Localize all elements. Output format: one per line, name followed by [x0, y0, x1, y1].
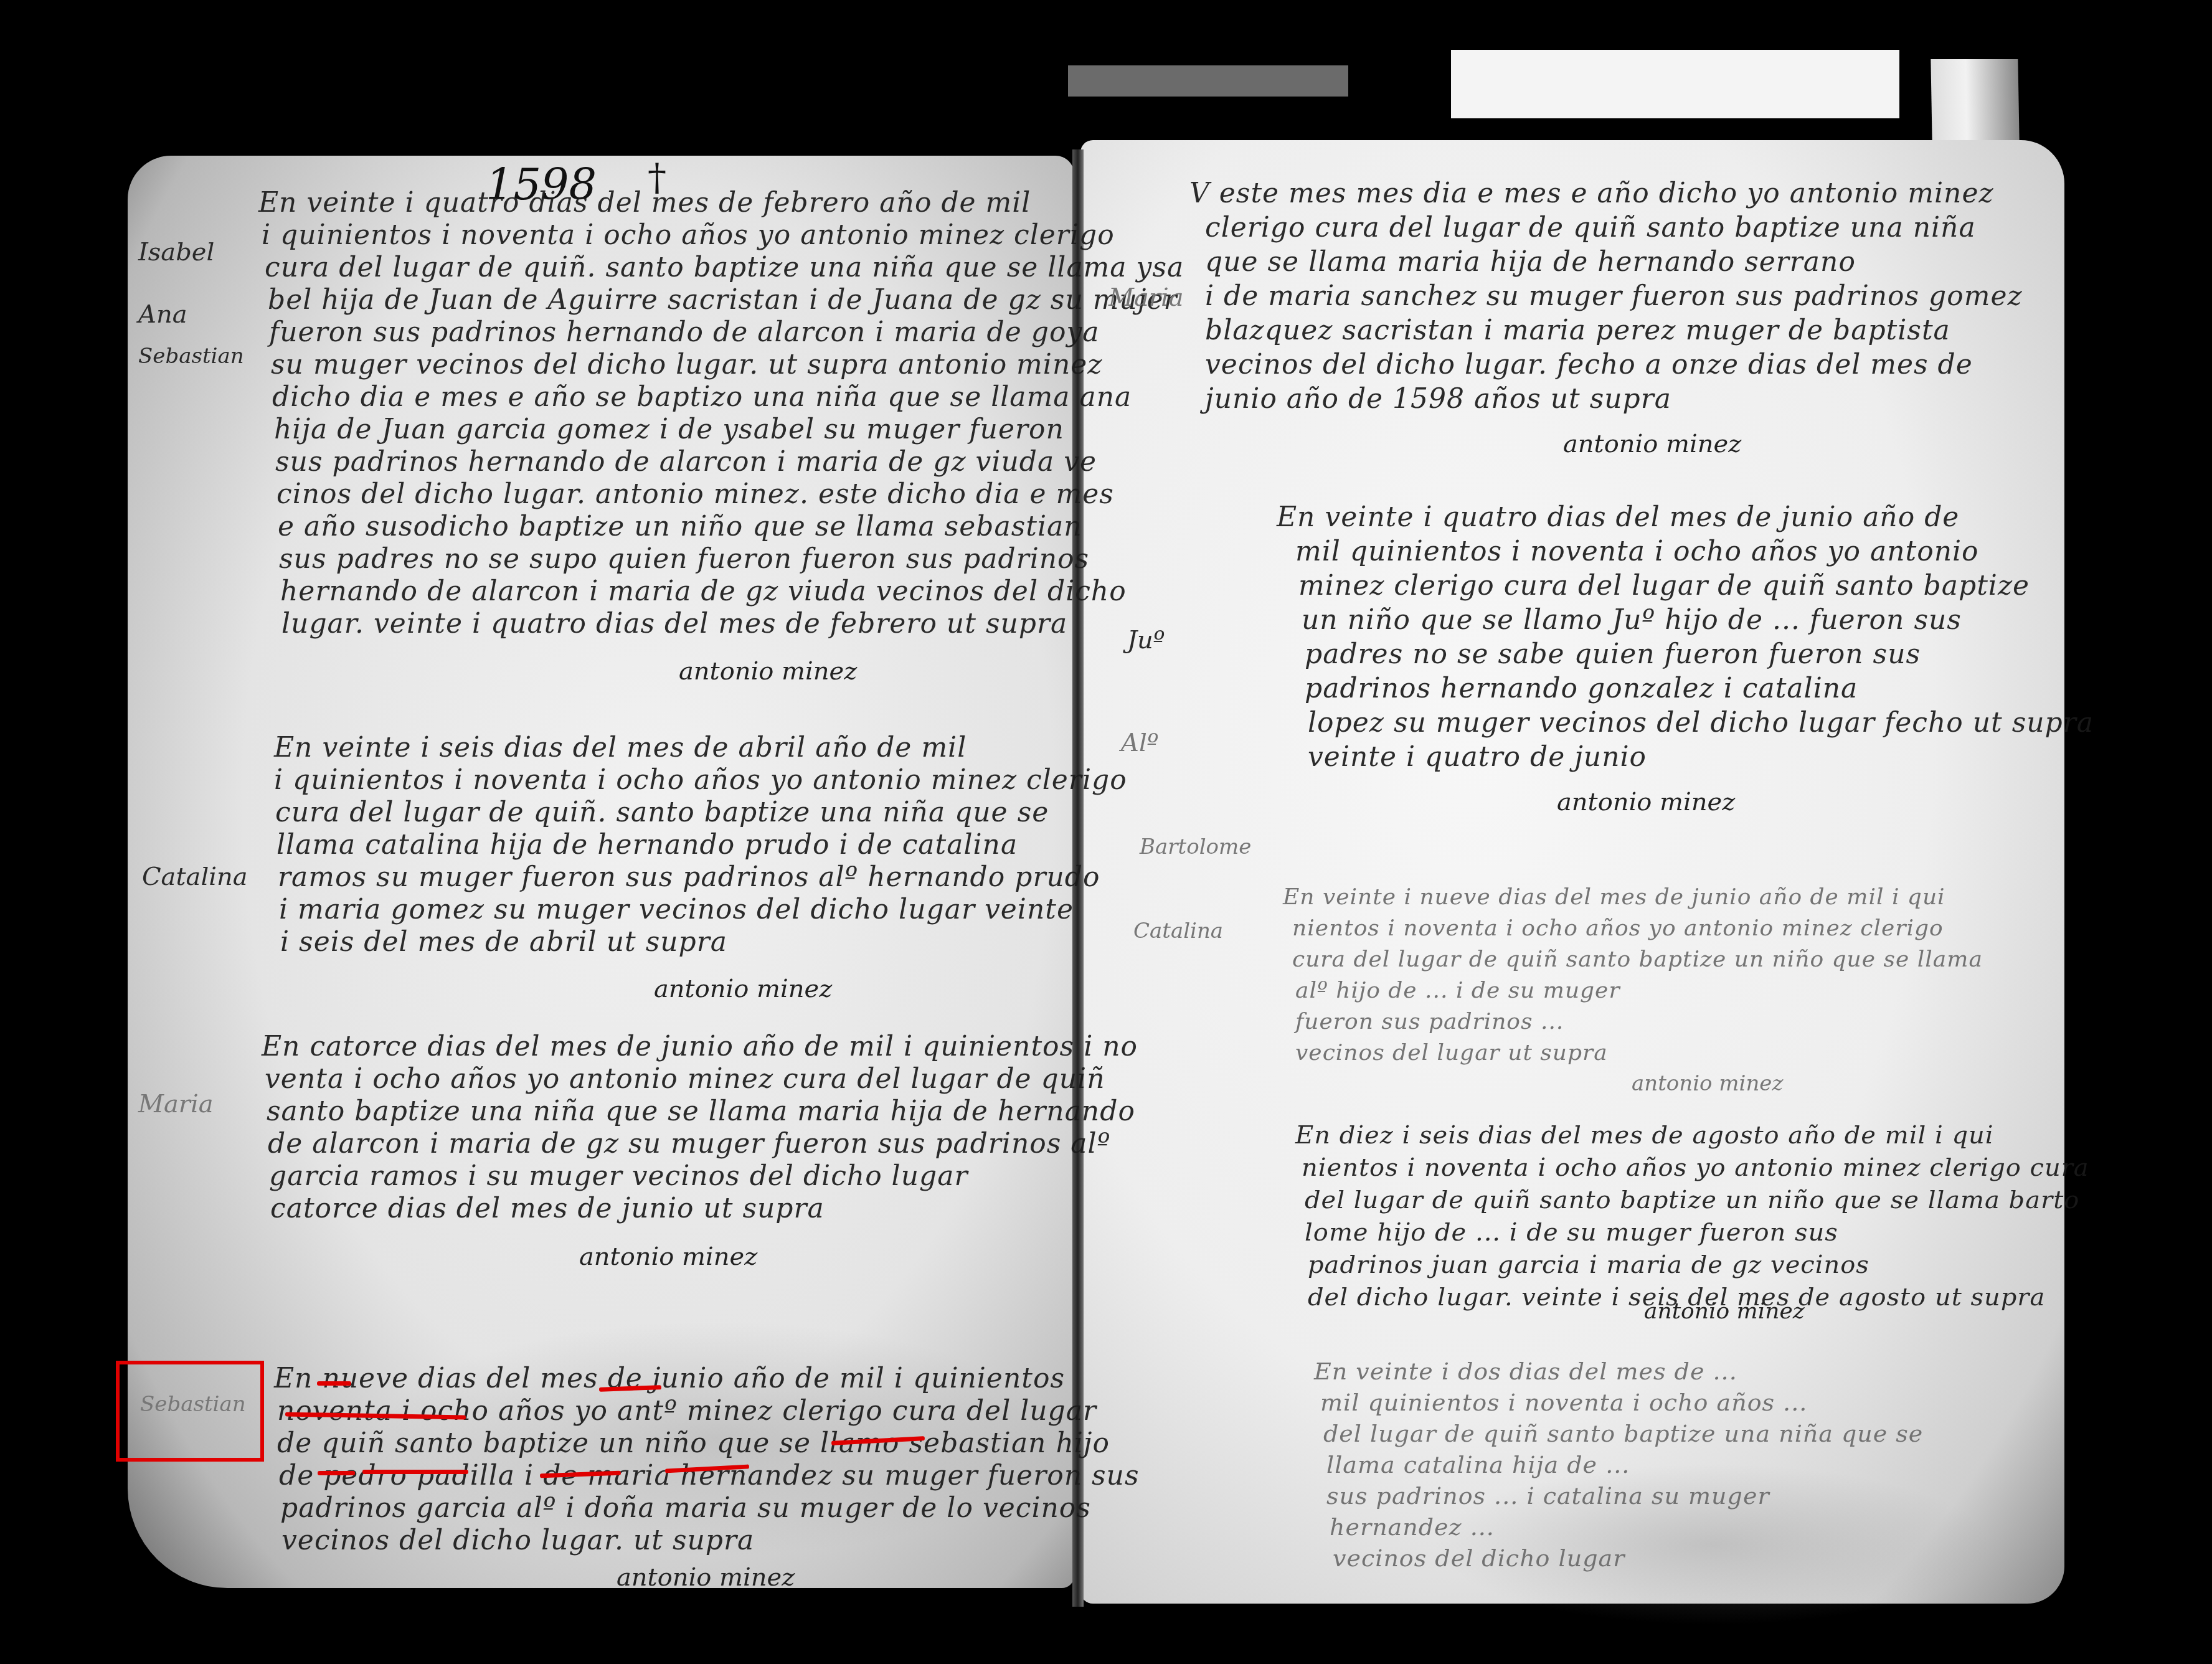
entry-line: e año susodicho baptize un niño que se l…: [278, 511, 1082, 542]
entry-line: del lugar de quiñ santo baptize una niña…: [1323, 1420, 1923, 1447]
entry-line: En veinte i quatro dias del mes de febre…: [258, 187, 1031, 219]
entry-line: mil quinientos i noventa i ocho años ...: [1320, 1389, 1807, 1416]
entry-line: bel hija de Juan de Aguirre sacristan i …: [268, 284, 1178, 316]
entry-line: mil quinientos i noventa i ocho años yo …: [1295, 536, 1979, 567]
entry-line: clerigo cura del lugar de quiñ santo bap…: [1205, 212, 1976, 243]
entry-line: catorce dias del mes de junio ut supra: [270, 1193, 825, 1224]
entry-line: vecinos del dicho lugar: [1333, 1544, 1625, 1572]
entry-line: i de maria sanchez su muger fueron sus p…: [1205, 280, 2023, 312]
entry-line: cinos del dicho lugar. antonio minez. es…: [276, 478, 1114, 510]
signature: antonio minez: [654, 975, 832, 1003]
margin-name: Alº: [1121, 729, 1159, 757]
margin-name: Maria: [138, 1090, 214, 1118]
entry-line: fueron sus padrinos hernando de alarcon …: [269, 316, 1100, 348]
entry-line: su muger vecinos del dicho lugar. ut sup…: [271, 349, 1102, 381]
entry-line: junio año de 1598 años ut supra: [1205, 383, 1671, 415]
entry-line: En nueve dias del mes de junio año de mi…: [274, 1363, 1065, 1394]
book-cover-edge: [1068, 65, 1348, 97]
entry-line: del lugar de quiñ santo baptize un niño …: [1305, 1186, 2079, 1214]
signature: antonio minez: [1557, 788, 1735, 816]
margin-name: Catalina: [1133, 919, 1223, 943]
entry-line: lugar. veinte i quatro dias del mes de f…: [281, 608, 1067, 640]
entry-line: minez clerigo cura del lugar de quiñ san…: [1298, 570, 2030, 602]
entry-line: sus padres no se supo quien fueron fuero…: [279, 543, 1089, 575]
entry-line: vecinos del dicho lugar. ut supra: [281, 1525, 754, 1556]
highlight-underline: [362, 1470, 468, 1474]
highlight-underline: [318, 1471, 355, 1475]
signature: antonio minez: [617, 1563, 795, 1592]
entry-line: que se llama maria hija de hernando serr…: [1205, 246, 1856, 278]
entry-line: fueron sus padrinos ...: [1295, 1009, 1564, 1034]
entry-line: llama catalina hija de hernando prudo i …: [276, 829, 1018, 861]
entry-line: i quinientos i noventa i ocho años yo an…: [262, 219, 1115, 251]
entry-line: dicho dia e mes e año se baptizo una niñ…: [272, 381, 1132, 413]
signature: antonio minez: [679, 657, 857, 686]
signature: antonio minez: [1632, 1071, 1783, 1096]
entry-line: llama catalina hija de ...: [1326, 1451, 1630, 1478]
entry-line: garcia ramos i su muger vecinos del dich…: [269, 1160, 968, 1192]
highlight-box: [116, 1361, 264, 1462]
entry-line: padrinos garcia alº i doña maria su muge…: [280, 1492, 1091, 1524]
entry-line: En veinte i quatro dias del mes de junio…: [1277, 501, 1959, 533]
entry-line: un niño que se llamo Juº hijo de ... fue…: [1302, 604, 1962, 636]
entry-line: vecinos del dicho lugar. fecho a onze di…: [1205, 349, 1973, 381]
margin-name: Bartolome: [1140, 834, 1251, 859]
entry-line: noventa i ocho años yo antº minez clerig…: [277, 1395, 1097, 1427]
entry-line: V este mes mes dia e mes e año dicho yo …: [1189, 177, 1994, 209]
entry-line: sus padrinos hernando de alarcon i maria…: [275, 446, 1097, 478]
margin-name: Sebastian: [138, 344, 244, 369]
entry-line: vecinos del lugar ut supra: [1295, 1040, 1608, 1066]
entry-line: i seis del mes de abril ut supra: [280, 926, 727, 958]
entry-line: padrinos hernando gonzalez i catalina: [1305, 673, 1858, 704]
margin-name: Maria: [1108, 283, 1184, 312]
margin-name: Juº: [1127, 626, 1165, 655]
entry-line: nientos i noventa i ocho años yo antonio…: [1302, 1153, 2089, 1182]
margin-name: Catalina: [142, 863, 248, 891]
entry-line: En catorce dias del mes de junio año de …: [262, 1031, 1138, 1062]
signature: antonio minez: [579, 1242, 757, 1271]
entry-line: veinte i quatro de junio: [1308, 741, 1647, 773]
entry-line: cura del lugar de quiñ. santo baptize un…: [275, 797, 1049, 828]
entry-line: de pedro padilla i de maria hernandez su…: [279, 1460, 1140, 1491]
entry-line: En veinte i dos dias del mes de ...: [1314, 1358, 1737, 1385]
entry-line: cura del lugar de quiñ santo baptize un …: [1292, 947, 1983, 972]
entry-line: venta i ocho años yo antonio minez cura …: [265, 1063, 1105, 1095]
entry-line: santo baptize una niña que se llama mari…: [267, 1095, 1135, 1127]
margin-name: Ana: [138, 300, 187, 329]
entry-line: de alarcon i maria de gz su muger fueron…: [268, 1128, 1110, 1160]
entry-line: ramos su muger fueron sus padrinos alº h…: [278, 861, 1100, 893]
paper-slip: [1451, 50, 1899, 118]
entry-line: hernandez ...: [1330, 1513, 1495, 1541]
entry-line: lome hijo de ... i de su muger fueron su…: [1305, 1218, 1838, 1247]
entry-line: alº hijo de ... i de su muger: [1295, 978, 1620, 1003]
entry-line: blazquez sacristan i maria perez muger d…: [1205, 314, 1950, 346]
entry-line: hija de Juan garcia gomez i de ysabel su…: [274, 414, 1064, 445]
entry-line: sus padrinos ... i catalina su muger: [1326, 1482, 1770, 1510]
signature: antonio minez: [1563, 430, 1741, 458]
margin-name: Isabel: [138, 238, 214, 267]
entry-line: En veinte i nueve dias del mes de junio …: [1283, 884, 1945, 910]
entry-line: padres no se sabe quien fueron fueron su…: [1305, 638, 1921, 670]
entry-line: padrinos juan garcia i maria de gz vecin…: [1308, 1250, 1869, 1279]
entry-line: i quinientos i noventa i ocho años yo an…: [274, 764, 1127, 796]
entry-line: nientos i noventa i ocho años yo antonio…: [1292, 915, 1944, 941]
signature: antonio minez: [1644, 1298, 1805, 1324]
highlight-underline: [317, 1381, 351, 1386]
entry-line: lopez su muger vecinos del dicho lugar f…: [1308, 707, 2094, 739]
entry-line: En veinte i seis dias del mes de abril a…: [274, 732, 967, 763]
entry-line: de quiñ santo baptize un niño que se lla…: [277, 1427, 1110, 1459]
entry-line: hernando de alarcon i maria de gz viuda …: [280, 575, 1127, 607]
entry-line: cura del lugar de quiñ. santo baptize un…: [265, 252, 1184, 283]
entry-line: i maria gomez su muger vecinos del dicho…: [279, 894, 1074, 925]
entry-line: En diez i seis dias del mes de agosto añ…: [1295, 1121, 1994, 1150]
